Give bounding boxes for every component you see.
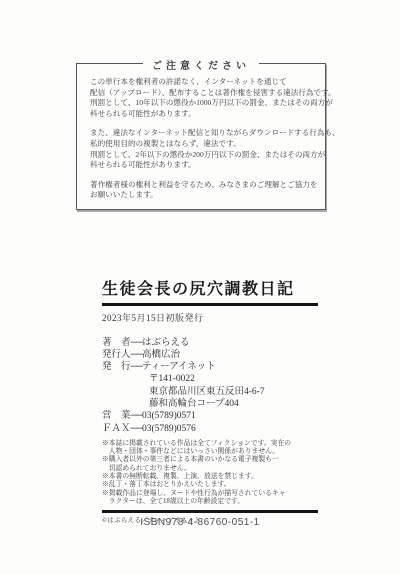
credit-value: はぶらえる [142,338,190,348]
publication-credits: 著 者──はぶらえる 発行人──高橋広治 発 行──ティーアイネット 〒141-… [102,337,320,435]
contact-dash: ── [131,411,142,421]
colophon-page: ご注意ください この単行本を権利者の許諾なく、インターネットを通じて 配信（アッ… [0,0,400,574]
notice-text-line: また、違法なインターネット配信と知りながらダウンロードする行為も、 [90,128,314,139]
notice-text-line: お願いいたします。 [90,190,314,201]
copyright-notice-box: ご注意ください この単行本を権利者の許諾なく、インターネットを通じて 配信（アッ… [76,63,326,210]
credit-dash: ── [131,338,142,348]
edition-date: 2023年5月15日初版発行 [102,311,320,324]
publisher-building: 藤和高輪台コープ404 [102,398,320,410]
note-line: 切認められておりません。 [102,465,320,473]
contact-row-fax: ＦＡＸ──03(5789)0576 [102,423,320,435]
notice-text-line: 科せられる可能性があります。 [90,109,314,120]
title-divider-rule [102,303,318,306]
contact-dash: ── [131,424,142,434]
book-title: 生徒会長の尻穴調教日記 [102,276,320,299]
contact-value: 03(5789)0571 [142,411,196,421]
contact-label: ＦＡＸ [102,424,131,434]
credit-value: 高橋広治 [142,350,180,360]
contact-value: 03(5789)0576 [142,424,196,434]
note-line: ラクターは、全て18歳以上の年齢設定です。 [102,498,320,506]
note-line: ※掲載作品に登場し、ヌードや性行為が描写されているキャ [102,490,320,498]
notice-paragraph-request: 著作権者様の権利と利益を守るため、みなさまのご理解とご協力を お願いいたします。 [90,180,314,201]
isbn-number: ISBN978-4-86760-051-1 [0,517,400,528]
publisher-address: 東京都品川区東五反田4-6-7 [102,386,320,398]
notice-paragraph-upload: この単行本を権利者の許諾なく、インターネットを通じて 配信（アップロード）、配布… [90,77,314,119]
notice-text-line: 刑罰として、2年以下の懲役か200万円以下の罰金、またはその両方が [90,150,314,161]
notice-text-line: 配信（アップロード）、配布することは著作権を侵害する違法行為です。 [90,88,314,99]
notice-text-line: 科せられる可能性があります。 [90,160,314,171]
contact-row-sales: 営 業──03(5789)0571 [102,410,320,422]
notice-text-line: この単行本を権利者の許諾なく、インターネットを通じて [90,77,314,88]
notice-text-line: 私的使用目的の複製とはならず、違法です。 [90,139,314,150]
colophon-section: 生徒会長の尻穴調教日記 2023年5月15日初版発行 著 者──はぶらえる 発行… [102,276,320,524]
credit-dash: ── [131,362,142,372]
footer-divider-rule [102,510,318,513]
notice-text-line: 刑罰として、10年以下の懲役か1000万円以下の罰金、またはその両方が [90,98,314,109]
credit-dash: ── [131,350,142,360]
credit-label: 著 者 [102,338,131,348]
credit-label: 発行人 [102,350,131,360]
credit-row-publisher-person: 発行人──高橋広治 [102,349,320,361]
legal-notes: ※本誌に掲載されている作品は全てフィクションです。実在の 人物・団体・事件などに… [102,440,320,506]
publisher-postal-code: 〒141-0022 [102,373,320,385]
notice-box-title: ご注意ください [143,57,259,72]
notice-paragraph-download: また、違法なインターネット配信と知りながらダウンロードする行為も、 私的使用目的… [90,128,314,170]
credit-row-publisher-company: 発 行──ティーアイネット [102,361,320,373]
note-line: ※乱丁・落丁本はおとりかえいたします。 [102,481,320,489]
credit-label: 発 行 [102,362,131,372]
contact-label: 営 業 [102,411,131,421]
credit-row-author: 著 者──はぶらえる [102,337,320,349]
notice-text-line: 著作権者様の権利と利益を守るため、みなさまのご理解とご協力を [90,180,314,191]
note-line: ※購入者以外の第三者による本書のいかなる電子複製も一 [102,456,320,464]
note-line: ※本誌に掲載されている作品は全てフィクションです。実在の [102,440,320,448]
credit-value: ティーアイネット [142,362,216,372]
